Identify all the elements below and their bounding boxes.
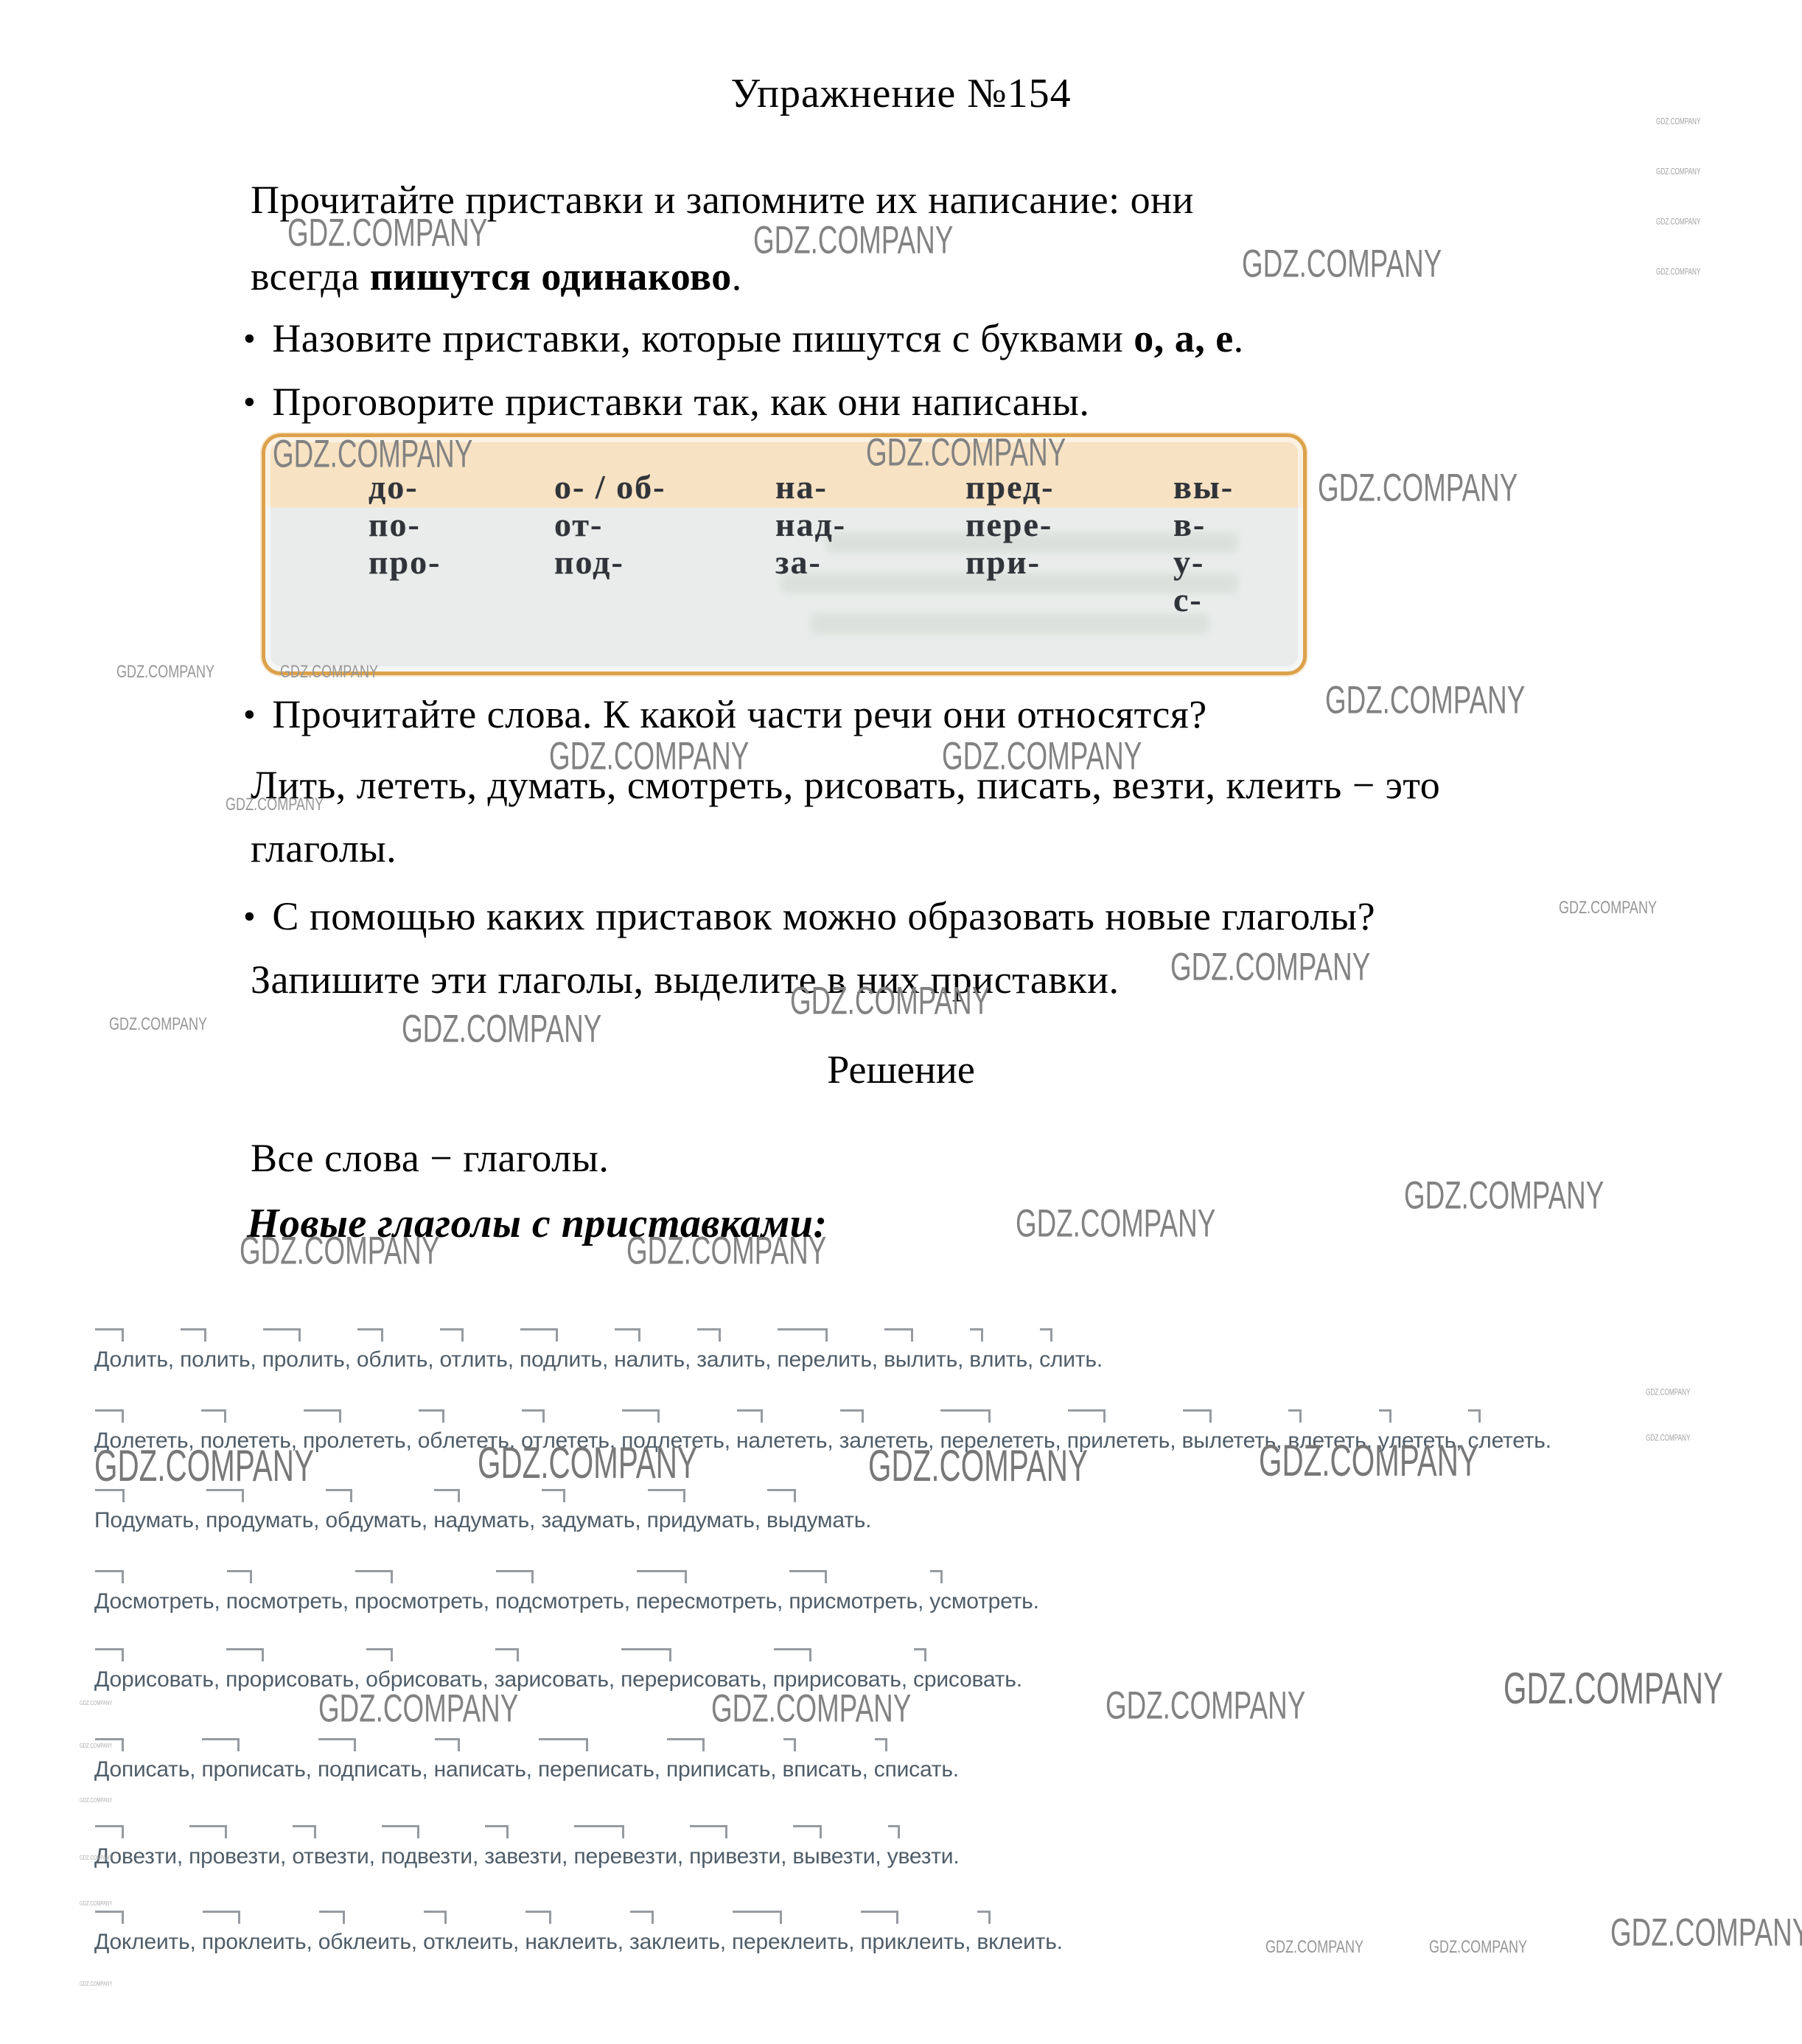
- watermark: GDZ.COMPANY: [549, 737, 749, 776]
- watermark: GDZ.COMPANY: [109, 1016, 207, 1033]
- watermark: GDZ.COMPANY: [1106, 1687, 1305, 1726]
- prefix-column-2: о- / об-от-под-: [554, 468, 666, 581]
- solution-word: срисовать: [913, 1667, 1016, 1692]
- solution-word: задумать: [541, 1508, 635, 1532]
- solution-word: приклеить: [860, 1930, 965, 1954]
- prefix-marker: за: [696, 1347, 719, 1372]
- solution-word: налететь: [736, 1429, 827, 1453]
- watermark: GDZ.COMPANY: [1429, 1939, 1527, 1956]
- prefix-marker: До: [94, 1930, 122, 1955]
- prefix-marker: пере: [573, 1844, 622, 1869]
- prefix-marker: при: [860, 1930, 896, 1955]
- prefix-marker: про: [189, 1844, 225, 1869]
- prefix-item: от-: [554, 506, 666, 543]
- prefix-marker: об: [325, 1508, 349, 1533]
- solution-word: проклеить: [202, 1930, 307, 1954]
- watermark: GDZ.COMPANY: [1656, 168, 1700, 177]
- solution-word: придумать: [647, 1508, 755, 1532]
- watermark: GDZ.COMPANY: [80, 1798, 112, 1804]
- solution-word: Дописать: [94, 1757, 189, 1782]
- bullet-icon: •: [243, 318, 256, 359]
- intro-line-2: всегда пишутся одинаково.: [251, 254, 742, 299]
- exercise-page: Упражнение №154 Прочитайте приставки и з…: [0, 0, 1802, 2044]
- solution-word: отвезти: [292, 1844, 369, 1869]
- prefix-item: по-: [369, 506, 441, 543]
- prefix-marker: пере: [621, 1667, 669, 1692]
- prefix-marker: при: [666, 1757, 702, 1782]
- prefix-marker: про: [262, 1347, 298, 1372]
- solution-word: привезти: [689, 1844, 780, 1869]
- solution-word: обклеить: [318, 1930, 411, 1954]
- watermark: GDZ.COMPANY: [1404, 1176, 1604, 1215]
- prefix-marker: об: [418, 1429, 442, 1454]
- prefix-marker: от: [292, 1844, 313, 1869]
- solution-word: заклеить: [629, 1930, 720, 1954]
- bullet-icon: •: [243, 694, 256, 735]
- prefix-marker: вы: [884, 1347, 911, 1372]
- solution-word: провезти: [189, 1844, 280, 1869]
- watermark: GDZ.COMPANY: [1265, 1939, 1363, 1956]
- watermark: GDZ.COMPANY: [1646, 1434, 1690, 1443]
- solution-word: пролететь: [303, 1429, 405, 1453]
- solution-heading: Решение: [0, 1047, 1802, 1092]
- watermark: GDZ.COMPANY: [94, 1445, 314, 1489]
- prefix-item: за-: [775, 543, 846, 581]
- prefix-marker: за: [839, 1429, 862, 1454]
- prefix-marker: по: [180, 1347, 204, 1372]
- watermark: GDZ.COMPANY: [1610, 1914, 1802, 1953]
- solution-word: полить: [180, 1347, 250, 1372]
- prefix-marker: от: [439, 1347, 461, 1372]
- watermark: GDZ.COMPANY: [116, 663, 214, 681]
- solution-word: вылить: [884, 1347, 957, 1372]
- prefix-marker: под: [381, 1844, 417, 1869]
- solution-word: приписать: [666, 1757, 770, 1782]
- solution-line-6: Дописать, прописать, подписать, написать…: [94, 1757, 959, 1782]
- solution-word: отлить: [439, 1347, 507, 1372]
- solution-word: налить: [614, 1347, 685, 1372]
- watermark: GDZ.COMPANY: [1656, 268, 1700, 277]
- prefix-marker: с: [913, 1667, 924, 1692]
- solution-word: списать: [874, 1757, 953, 1782]
- solution-word: посмотреть: [226, 1589, 343, 1614]
- prefix-marker: об: [357, 1347, 381, 1372]
- prefix-marker: за: [541, 1508, 563, 1533]
- watermark: GDZ.COMPANY: [1504, 1667, 1723, 1712]
- prefix-marker: По: [94, 1508, 122, 1533]
- prefix-marker: у: [929, 1589, 940, 1614]
- watermark: GDZ.COMPANY: [402, 1010, 601, 1049]
- prefix-marker: при: [789, 1589, 825, 1614]
- solution-word: Подумать: [94, 1508, 194, 1532]
- watermark: GDZ.COMPANY: [226, 796, 324, 814]
- bullet-item-3: •Прочитайте слова. К какой части речи он…: [243, 691, 1207, 737]
- solution-word: Долить: [94, 1347, 168, 1372]
- page-title: Упражнение №154: [0, 70, 1802, 117]
- prefix-marker: вы: [1182, 1429, 1209, 1454]
- prefix-marker: под: [495, 1589, 531, 1614]
- solution-word: слить: [1039, 1347, 1097, 1372]
- watermark: GDZ.COMPANY: [1656, 118, 1700, 127]
- solution-word: отклеить: [423, 1930, 513, 1954]
- watermark: GDZ.COMPANY: [1646, 1389, 1690, 1398]
- solution-word: просмотреть: [355, 1589, 483, 1614]
- prefix-marker: за: [484, 1844, 506, 1869]
- prefix-marker: на: [434, 1757, 458, 1782]
- solution-word: написать: [434, 1757, 526, 1782]
- verbs-line-1: Лить, лететь, думать, смотреть, рисовать…: [251, 762, 1440, 808]
- prefix-column-1: до-по-про-: [369, 468, 441, 581]
- solution-all-words: Все слова − глаголы.: [251, 1135, 609, 1181]
- solution-word: присмотреть: [789, 1589, 918, 1614]
- prefix-item: под-: [554, 543, 666, 581]
- watermark: GDZ.COMPANY: [80, 1855, 112, 1861]
- prefix-marker: До: [94, 1589, 122, 1614]
- prefix-marker: вы: [792, 1844, 820, 1869]
- solution-word: вписать: [783, 1757, 862, 1782]
- prefix-marker: До: [94, 1757, 122, 1782]
- solution-word: пересмотреть: [636, 1589, 777, 1614]
- prefix-marker: До: [94, 1667, 122, 1692]
- prefix-marker: при: [647, 1508, 683, 1533]
- solution-word: Дорисовать: [94, 1667, 214, 1692]
- bullet-icon: •: [243, 382, 256, 422]
- prefix-marker: у: [887, 1844, 898, 1869]
- prefix-item: в-: [1173, 506, 1234, 543]
- bullet-item-1: •Назовите приставки, которые пишутся с б…: [243, 315, 1244, 361]
- watermark: GDZ.COMPANY: [753, 221, 953, 260]
- solution-word: прописать: [201, 1757, 305, 1782]
- solution-word: влить: [969, 1347, 1027, 1372]
- watermark: GDZ.COMPANY: [1318, 469, 1518, 508]
- prefix-item: пере-: [965, 506, 1055, 543]
- prefix-marker: вы: [766, 1508, 794, 1533]
- solution-line-7: Довезти, провезти, отвезти, подвезти, за…: [94, 1844, 960, 1869]
- watermark: GDZ.COMPANY: [80, 1701, 112, 1706]
- solution-word: завезти: [484, 1844, 562, 1869]
- prefix-item: у-: [1173, 543, 1234, 581]
- bullet-icon: •: [243, 896, 256, 937]
- prefix-marker: про: [226, 1667, 262, 1692]
- bullet-item-4: •С помощью каких приставок можно образов…: [243, 893, 1375, 939]
- verbs-line-2: глаголы.: [251, 826, 397, 871]
- prefix-item: о- / об-: [554, 468, 666, 506]
- prefix-marker: в: [969, 1347, 981, 1372]
- solution-word: залить: [696, 1347, 765, 1372]
- prefix-marker: на: [736, 1429, 761, 1454]
- watermark: GDZ.COMPANY: [711, 1689, 911, 1729]
- prefix-column-3: на-над-за-: [775, 468, 846, 581]
- prefix-marker: про: [355, 1589, 391, 1614]
- solution-word: Досмотреть: [94, 1589, 214, 1614]
- prefix-marker: пере: [636, 1589, 685, 1614]
- watermark: GDZ.COMPANY: [1559, 899, 1657, 917]
- solution-word: вклеить: [977, 1930, 1056, 1954]
- prefix-column-4: пред-пере-при-: [965, 468, 1055, 581]
- prefix-marker: в: [977, 1930, 988, 1955]
- watermark: GDZ.COMPANY: [1656, 218, 1700, 227]
- watermark: GDZ.COMPANY: [80, 1901, 112, 1907]
- prefix-item: над-: [775, 506, 846, 543]
- prefix-marker: под: [318, 1757, 354, 1782]
- watermark: GDZ.COMPANY: [478, 1442, 697, 1486]
- prefix-item: при-: [965, 543, 1055, 581]
- watermark: GDZ.COMPANY: [1170, 948, 1370, 987]
- watermark: GDZ.COMPANY: [1242, 245, 1442, 284]
- watermark: GDZ.COMPANY: [1259, 1440, 1478, 1484]
- prefix-marker: про: [206, 1508, 242, 1533]
- scan-showthrough: [811, 614, 1209, 633]
- solution-word: пролить: [262, 1347, 345, 1372]
- solution-word: выдумать: [766, 1508, 865, 1532]
- watermark: GDZ.COMPANY: [80, 1981, 112, 1987]
- watermark: GDZ.COMPANY: [626, 1232, 826, 1271]
- solution-line-3: Подумать, продумать, обдумать, надумать,…: [94, 1508, 871, 1533]
- prefix-marker: про: [201, 1757, 237, 1782]
- prefix-marker: по: [226, 1589, 251, 1614]
- prefix-marker: пере: [732, 1930, 780, 1955]
- solution-line-1: Долить, полить, пролить, облить, отлить,…: [94, 1347, 1103, 1372]
- prefix-marker: с: [874, 1757, 885, 1782]
- watermark: GDZ.COMPANY: [1325, 681, 1525, 720]
- prefix-marker: за: [629, 1930, 652, 1955]
- solution-word: подписать: [318, 1757, 422, 1782]
- watermark: GDZ.COMPANY: [280, 663, 378, 681]
- watermark: GDZ.COMPANY: [1016, 1204, 1215, 1244]
- solution-word: усмотреть: [929, 1589, 1033, 1614]
- prefix-marker: на: [614, 1347, 638, 1372]
- prefix-marker: на: [433, 1508, 458, 1533]
- prefix-marker: об: [318, 1930, 343, 1955]
- solution-word: облить: [357, 1347, 427, 1372]
- watermark: GDZ.COMPANY: [287, 214, 487, 253]
- watermark: GDZ.COMPANY: [790, 982, 990, 1021]
- solution-word: подлить: [520, 1347, 602, 1372]
- watermark: GDZ.COMPANY: [240, 1232, 439, 1271]
- prefix-marker: пере: [777, 1347, 825, 1372]
- watermark: GDZ.COMPANY: [318, 1689, 518, 1729]
- watermark: GDZ.COMPANY: [273, 435, 472, 474]
- watermark: GDZ.COMPANY: [866, 433, 1066, 472]
- prefix-item: с-: [1173, 581, 1234, 618]
- solution-word: наклеить: [525, 1930, 617, 1954]
- solution-word: увезти: [887, 1844, 954, 1869]
- solution-word: переписать: [538, 1757, 654, 1782]
- watermark: GDZ.COMPANY: [868, 1445, 1088, 1489]
- prefix-marker: с: [1039, 1347, 1050, 1372]
- prefix-marker: про: [202, 1930, 238, 1955]
- prefix-marker: пере: [538, 1757, 587, 1782]
- prefix-marker: при: [689, 1844, 725, 1869]
- prefix-marker: в: [783, 1757, 795, 1782]
- prefix-marker: под: [520, 1347, 556, 1372]
- solution-word: слететь: [1467, 1429, 1545, 1453]
- prefix-marker: от: [423, 1930, 444, 1955]
- prefix-item: про-: [369, 543, 441, 581]
- solution-line-4: Досмотреть, посмотреть, просмотреть, под…: [94, 1589, 1039, 1614]
- solution-word: переклеить: [732, 1930, 848, 1954]
- solution-word: подсмотреть: [495, 1589, 624, 1614]
- prefix-item: вы-: [1173, 468, 1234, 506]
- prefix-marker: на: [525, 1930, 549, 1955]
- solution-word: обдумать: [325, 1508, 421, 1532]
- bullet-item-2: •Проговорите приставки так, как они напи…: [243, 379, 1089, 425]
- watermark: GDZ.COMPANY: [80, 1743, 112, 1749]
- prefix-marker: До: [94, 1347, 122, 1372]
- solution-word: вывезти: [792, 1844, 875, 1869]
- solution-word: надумать: [433, 1508, 529, 1532]
- prefix-column-5: вы-в-у-с-: [1173, 468, 1234, 618]
- solution-word: Доклеить: [94, 1930, 190, 1954]
- solution-word: перевезти: [573, 1844, 677, 1869]
- solution-word: перелить: [777, 1347, 871, 1372]
- prefix-item: на-: [775, 468, 846, 506]
- watermark: GDZ.COMPANY: [942, 737, 1142, 776]
- solution-word: подвезти: [381, 1844, 472, 1869]
- solution-word: продумать: [206, 1508, 313, 1532]
- solution-line-8: Доклеить, проклеить, обклеить, отклеить,…: [94, 1930, 1063, 1955]
